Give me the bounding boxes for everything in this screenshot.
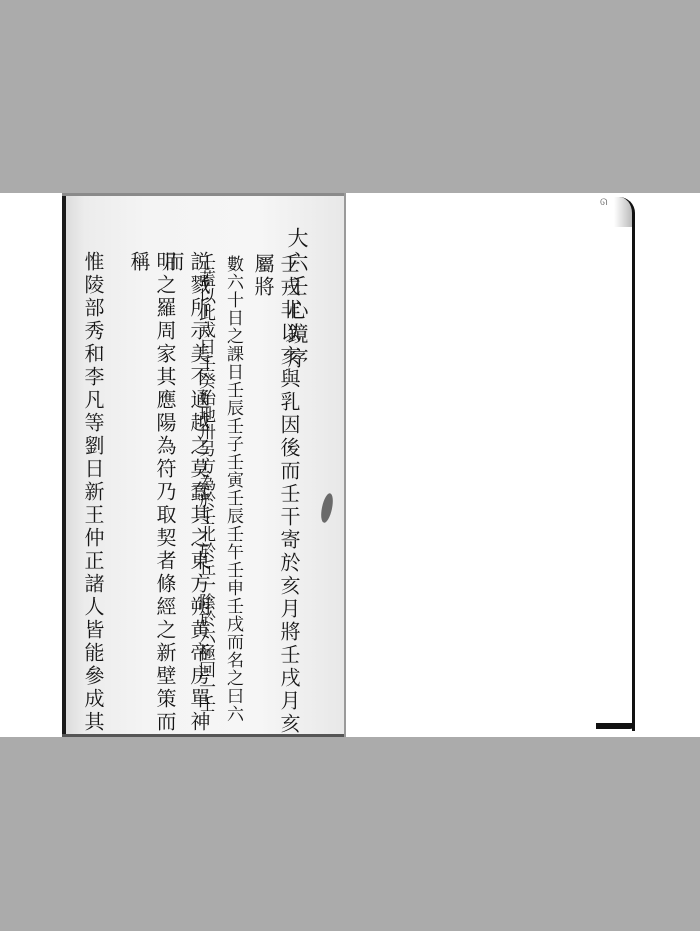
text-column-5: 明之羅周家其應陽為符乃取契者條經之新壁策而稱 <box>126 251 178 737</box>
right-page-bottom-corner <box>596 723 634 729</box>
scan-area: 大六壬心鏡序 壬戎非以亥與乳因後而壬干寄於亥月將壬戌月亥屬將 數六十日之課日壬辰… <box>0 193 700 737</box>
right-page-curled-edge <box>612 197 635 731</box>
left-page-edge <box>62 193 66 737</box>
corner-mark: ᘏ <box>600 198 607 208</box>
left-page: 大六壬心鏡序 壬戎非以亥與乳因後而壬干寄於亥月將壬戌月亥屬將 數六十日之課日壬辰… <box>62 193 344 737</box>
text-column-1: 壬戎非以亥與乳因後而壬干寄於亥月將壬戌月亥屬將 <box>250 253 302 737</box>
text-column-2: 數六十日之課日壬辰壬子壬寅壬辰壬午壬申壬戌而名之曰六 <box>222 255 244 723</box>
text-column-6: 惟陵部秀和李凡等劉日新王仲正諸人皆能參成其 <box>80 251 106 734</box>
top-page-edge <box>62 193 344 196</box>
right-page <box>346 193 632 737</box>
